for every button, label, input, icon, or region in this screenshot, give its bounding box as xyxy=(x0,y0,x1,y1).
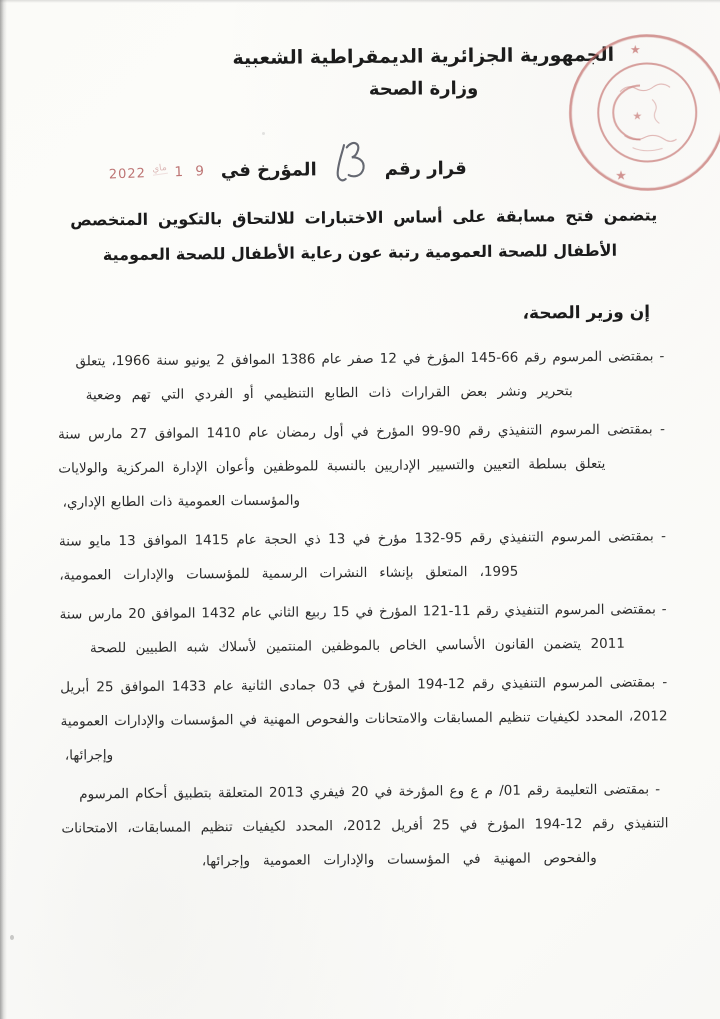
seal-bottom-star-icon: ★ xyxy=(615,169,627,184)
seal-top-star-icon: ★ xyxy=(630,43,641,57)
body-line: يتعلق بسلطة التعيين والتسيير الإداريين ب… xyxy=(58,447,605,486)
preamble-paragraph: - بمقتضى المرسوم رقم 66-145 المؤرخ في 12… xyxy=(57,339,665,412)
body-line: - بمقتضى التعليمة رقم 01/ م ع وع المؤرخة… xyxy=(79,772,660,811)
body-line: 2011 يتضمن القانون الأساسي الخاص بالموظف… xyxy=(90,627,625,666)
svg-text:الجمهورية الجزائرية الديمقراطي: الجمهورية الجزائرية الديمقراطية الشعبية … xyxy=(562,27,567,31)
decision-subject: يتضمن فتح مسابقة على أساس الاختبارات للا… xyxy=(56,197,664,272)
body-line: - بمقتضى المرسوم التنفيذي رقم 12-194 الم… xyxy=(60,665,667,704)
seal-calligraphy xyxy=(633,147,663,151)
body-line: التنفيذي رقم 12-194 المؤرخ في 25 أفريل 2… xyxy=(61,806,668,845)
date-stamp-year: 2022 xyxy=(108,166,146,182)
subject-line: يتضمن فتح مسابقة على أساس الاختبارات للا… xyxy=(70,197,657,237)
document-content: الجمهورية الجزائرية الديمقراطية الشعبية … xyxy=(55,37,670,1011)
preamble-paragraph: - بمقتضى التعليمة رقم 01/ م ع وع المؤرخة… xyxy=(61,772,669,879)
scanned-paper-background: الجمهورية الجزائرية الديمقراطية الشعبية … xyxy=(0,0,720,1019)
seal-ring-text: الجمهورية الجزائرية الديمقراطية الشعبية … xyxy=(562,27,567,31)
date-stamp: 2022 ماي 1 9 xyxy=(108,163,208,182)
preamble-paragraph: - بمقتضى المرسوم التنفيذي رقم 12-194 الم… xyxy=(60,665,668,772)
preamble-paragraph: - بمقتضى المرسوم التنفيذي رقم 90-99 المؤ… xyxy=(58,412,666,519)
preamble-paragraph: - بمقتضى المرسوم التنفيذي رقم 11-121 الم… xyxy=(59,592,667,665)
body-line: - بمقتضى المرسوم التنفيذي رقم 11-121 الم… xyxy=(59,592,666,631)
paper-speck xyxy=(10,935,14,940)
date-stamp-day: 1 9 xyxy=(174,163,208,180)
handwritten-decision-number xyxy=(326,136,373,189)
body-line: والفحوص المهنية في المؤسسات والإدارات ال… xyxy=(202,841,597,878)
salutation: إن وزير الصحة، xyxy=(57,297,650,332)
official-red-seal: الجمهورية الجزائرية الديمقراطية الشعبية … xyxy=(562,27,720,198)
seal-outer-ring xyxy=(570,35,720,190)
date-stamp-month: ماي xyxy=(152,162,168,175)
body-line: - بمقتضى المرسوم رقم 66-145 المؤرخ في 12… xyxy=(75,339,664,378)
subject-line: الأطفال للصحة العمومية رتبة عون رعاية ال… xyxy=(56,232,663,272)
paper-top-edge-shadow xyxy=(0,0,720,3)
body-line: وإجرائها، xyxy=(65,733,668,772)
body-line: - بمقتضى المرسوم التنفيذي رقم 95-132 مؤر… xyxy=(59,519,666,558)
body-line: 2012، المحدد لكيفيات تنظيم المسابقات وال… xyxy=(60,699,667,738)
body-line: - بمقتضى المرسوم التنفيذي رقم 90-99 المؤ… xyxy=(58,412,665,451)
decision-preamble: - بمقتضى المرسوم رقم 66-145 المؤرخ في 12… xyxy=(57,339,669,879)
dated-on-label: المؤرخ في xyxy=(221,159,317,181)
decision-number-label: قرار رقم xyxy=(385,158,467,180)
seal-calligraphy xyxy=(652,99,659,123)
body-line: 1995، المتعلق بإنشاء النشرات الرسمية للم… xyxy=(59,555,518,593)
seal-center-star-icon: ★ xyxy=(632,110,642,123)
paper-left-edge-shadow xyxy=(0,0,7,1019)
preamble-paragraph: - بمقتضى المرسوم التنفيذي رقم 95-132 مؤر… xyxy=(59,519,667,592)
body-line: بتحرير ونشر بعض القرارات ذات الطابع التن… xyxy=(86,374,573,412)
body-line: والمؤسسات العمومية ذات الطابع الإداري، xyxy=(62,480,665,519)
